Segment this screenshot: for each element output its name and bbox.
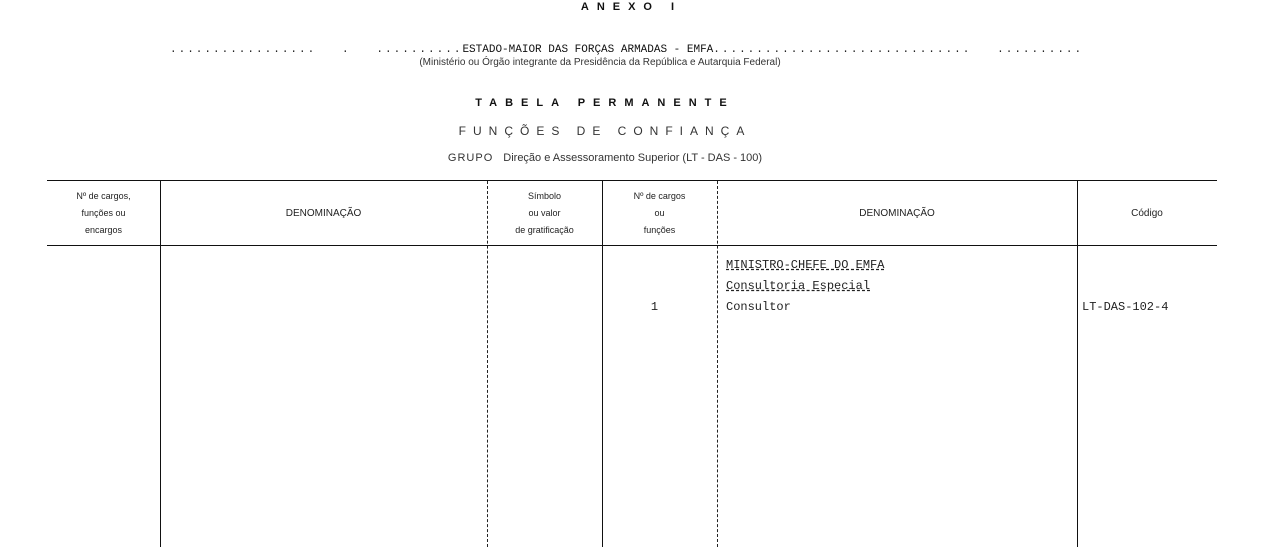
row-count: 1 [602, 300, 707, 314]
header-line: ou [602, 205, 717, 222]
header-denomination-right: DENOMINAÇÃO [717, 205, 1077, 222]
organ-line: ................. . ..........ESTADO-MAI… [170, 44, 1080, 56]
column-divider [160, 181, 161, 547]
row-denomination: Consultor [726, 300, 791, 314]
header-line: de gratificação [487, 222, 602, 239]
row-denomination: Consultoria Especial [726, 279, 870, 293]
header-line: Nº de cargos [602, 188, 717, 205]
column-divider [717, 181, 718, 547]
group-line: GRUPODireção e Assessoramento Superior (… [0, 152, 1210, 164]
header-line: encargos [47, 222, 160, 239]
header-code: Código [1077, 205, 1217, 222]
dot-leader: ................. . .......... [170, 44, 462, 56]
column-divider [1077, 181, 1078, 547]
table-subtitle: FUNÇÕES DE CONFIANÇA [0, 124, 1210, 138]
header-line: ou valor [487, 205, 602, 222]
header-line: Nº de cargos, [47, 188, 160, 205]
organ-caption: (Ministério ou Órgão integrante da Presi… [0, 57, 1200, 68]
header-count-left: Nº de cargos, funções ou encargos [47, 188, 160, 239]
header-line: funções ou [47, 205, 160, 222]
header-denomination-left: DENOMINAÇÃO [160, 205, 487, 222]
table-header-rule [47, 245, 1217, 246]
group-value: Direção e Assessoramento Superior (LT - … [503, 152, 762, 164]
group-label: GRUPO [448, 152, 493, 164]
organ-name: ESTADO-MAIOR DAS FORÇAS ARMADAS - EMFA [462, 44, 713, 56]
table-top-rule [47, 180, 1217, 181]
row-code: LT-DAS-102-4 [1082, 300, 1168, 314]
header-count-right: Nº de cargos ou funções [602, 188, 717, 239]
header-line: Símbolo [487, 188, 602, 205]
header-line: funções [602, 222, 717, 239]
dot-leader: .............................. .........… [713, 44, 1080, 56]
table-title: TABELA PERMANENTE [0, 97, 1210, 109]
header-symbol: Símbolo ou valor de gratificação [487, 188, 602, 239]
annex-title: ANEXO I [0, 1, 1263, 13]
row-denomination: MINISTRO-CHEFE DO EMFA [726, 258, 884, 272]
